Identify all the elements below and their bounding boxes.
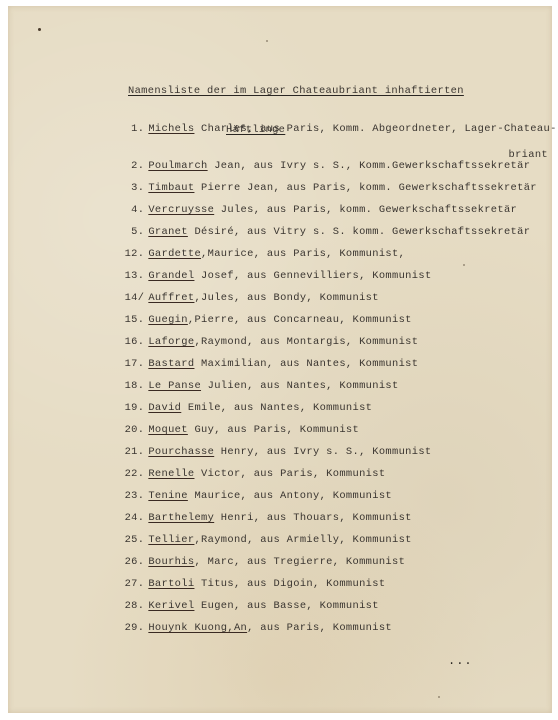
entry-surname: Houynk Kuong,An [148,622,247,634]
entry-surname: Michels [148,123,194,135]
entry-details: , aus Paris, Kommunist [247,622,392,634]
document-page: Namensliste der im Lager Chateaubriant i… [8,6,552,713]
list-item: 29.Houynk Kuong,An, aus Paris, Kommunist [88,609,528,648]
continuation-mark: ... [448,654,473,668]
entry-number: 1. [114,123,144,136]
paper-speck [438,696,440,698]
paper-speck [38,28,41,31]
entry-number: 29. [114,622,144,635]
entry-details: Charles, aus Paris, Komm. Abgeordneter, … [194,123,556,135]
title-line-1: Namensliste der im Lager Chateaubriant i… [128,85,464,98]
paper-speck [463,264,465,266]
paper-speck [266,40,268,42]
